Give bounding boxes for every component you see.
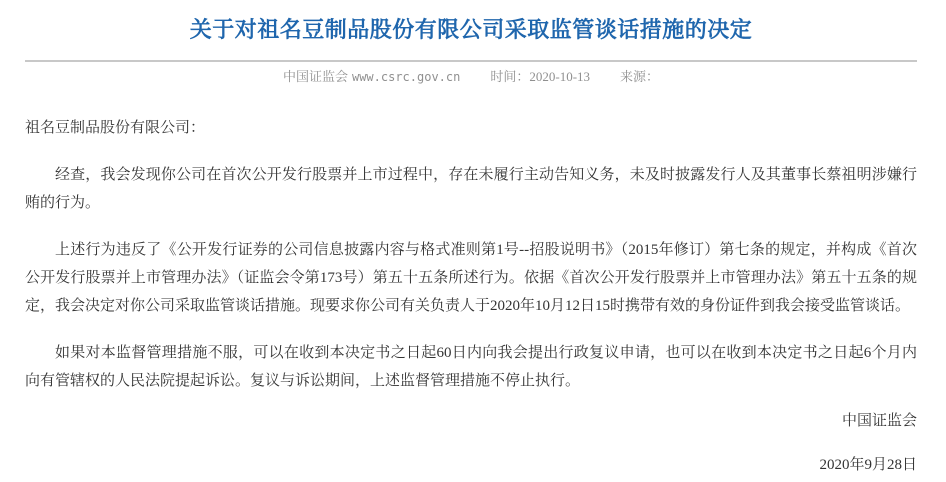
- body-paragraph: 经查，我会发现你公司在首次公开发行股票并上市过程中，存在未履行主动告知义务，未及…: [25, 161, 917, 217]
- salutation: 祖名豆制品股份有限公司：: [25, 114, 917, 142]
- meta-site-url: www.csrc.gov.cn: [352, 70, 460, 84]
- article-page: 关于对祖名豆制品股份有限公司采取监管谈话措施的决定 中国证监会www.csrc.…: [0, 0, 946, 482]
- page-title: 关于对祖名豆制品股份有限公司采取监管谈话措施的决定: [25, 0, 917, 43]
- meta-agency: 中国证监会: [283, 69, 348, 84]
- meta-time-value: 2020-10-13: [529, 69, 590, 84]
- article-meta: 中国证监会www.csrc.gov.cn时间：2020-10-13来源：: [25, 69, 917, 85]
- meta-time-label: 时间：: [490, 69, 529, 84]
- article-body: 祖名豆制品股份有限公司： 经查，我会发现你公司在首次公开发行股票并上市过程中，存…: [25, 114, 917, 479]
- body-paragraph: 上述行为违反了《公开发行证券的公司信息披露内容与格式准则第1号--招股说明书》（…: [25, 236, 917, 320]
- title-divider: [25, 60, 917, 62]
- meta-source-label: 来源：: [620, 69, 659, 84]
- document-date: 2020年9月28日: [25, 451, 917, 479]
- body-paragraph: 如果对本监督管理措施不服，可以在收到本决定书之日起60日内向我会提出行政复议申请…: [25, 339, 917, 395]
- signature: 中国证监会: [25, 407, 917, 435]
